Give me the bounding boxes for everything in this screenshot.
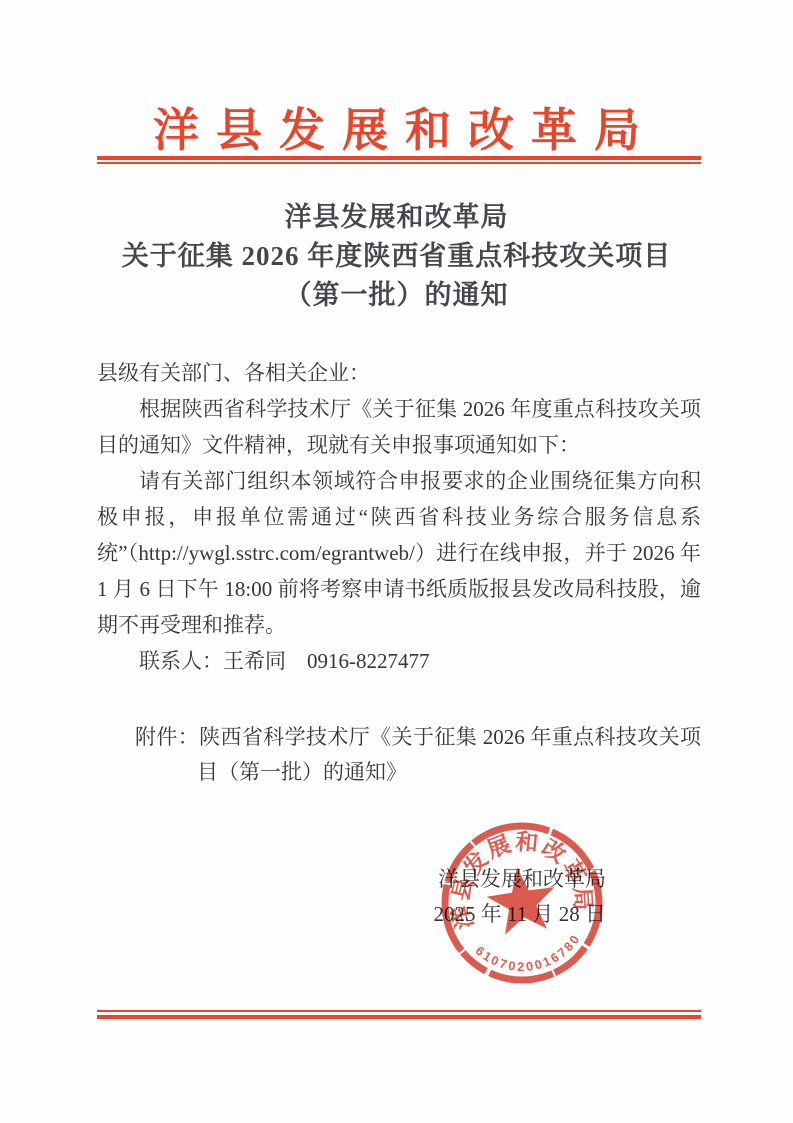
- footer-divider-thin: [97, 1010, 701, 1012]
- document-title: 洋县发展和改革局 关于征集 2026 年度陕西省重点科技攻关项目 （第一批）的通…: [0, 198, 793, 315]
- seal-code-text: 6107020016780: [471, 929, 587, 981]
- attachment-label: 附件：: [135, 725, 199, 749]
- attachment-text: 陕西省科学技术厅《关于征集 2026 年重点科技攻关项目（第一批）的通知》: [197, 725, 701, 784]
- contact-line: 联系人：王希同 0916-8227477: [97, 643, 701, 679]
- header-divider-thin: [97, 162, 701, 164]
- document-title-line1: 洋县发展和改革局: [0, 198, 793, 237]
- attachment-block: 附件：陕西省科学技术厅《关于征集 2026 年重点科技攻关项目（第一批）的通知》: [97, 720, 701, 790]
- document-body: 县级有关部门、各相关企业： 根据陕西省科学技术厅《关于征集 2026 年度重点科…: [97, 355, 701, 679]
- official-seal: 洋县发展和改革局 6107020016780: [420, 801, 623, 1004]
- seal-group: 洋县发展和改革局 6107020016780: [435, 816, 609, 990]
- header-divider-thick: [97, 156, 701, 160]
- letterhead-title: 洋县发展和改革局: [0, 94, 793, 160]
- document-title-line2: 关于征集 2026 年度陕西省重点科技攻关项目: [0, 237, 793, 276]
- document-title-line3: （第一批）的通知: [0, 276, 793, 315]
- document-page: 洋县发展和改革局 洋县发展和改革局 关于征集 2026 年度陕西省重点科技攻关项…: [0, 0, 793, 1123]
- seal-star-icon: [483, 863, 560, 937]
- paragraph-basis: 根据陕西省科学技术厅《关于征集 2026 年度重点科技攻关项目的通知》文件精神，…: [97, 391, 701, 463]
- footer-divider-thick: [97, 1015, 701, 1019]
- paragraph-requirements: 请有关部门组织本领域符合申报要求的企业围绕征集方向积极申报，申报单位需通过“陕西…: [97, 463, 701, 643]
- salutation-line: 县级有关部门、各相关企业：: [97, 355, 701, 391]
